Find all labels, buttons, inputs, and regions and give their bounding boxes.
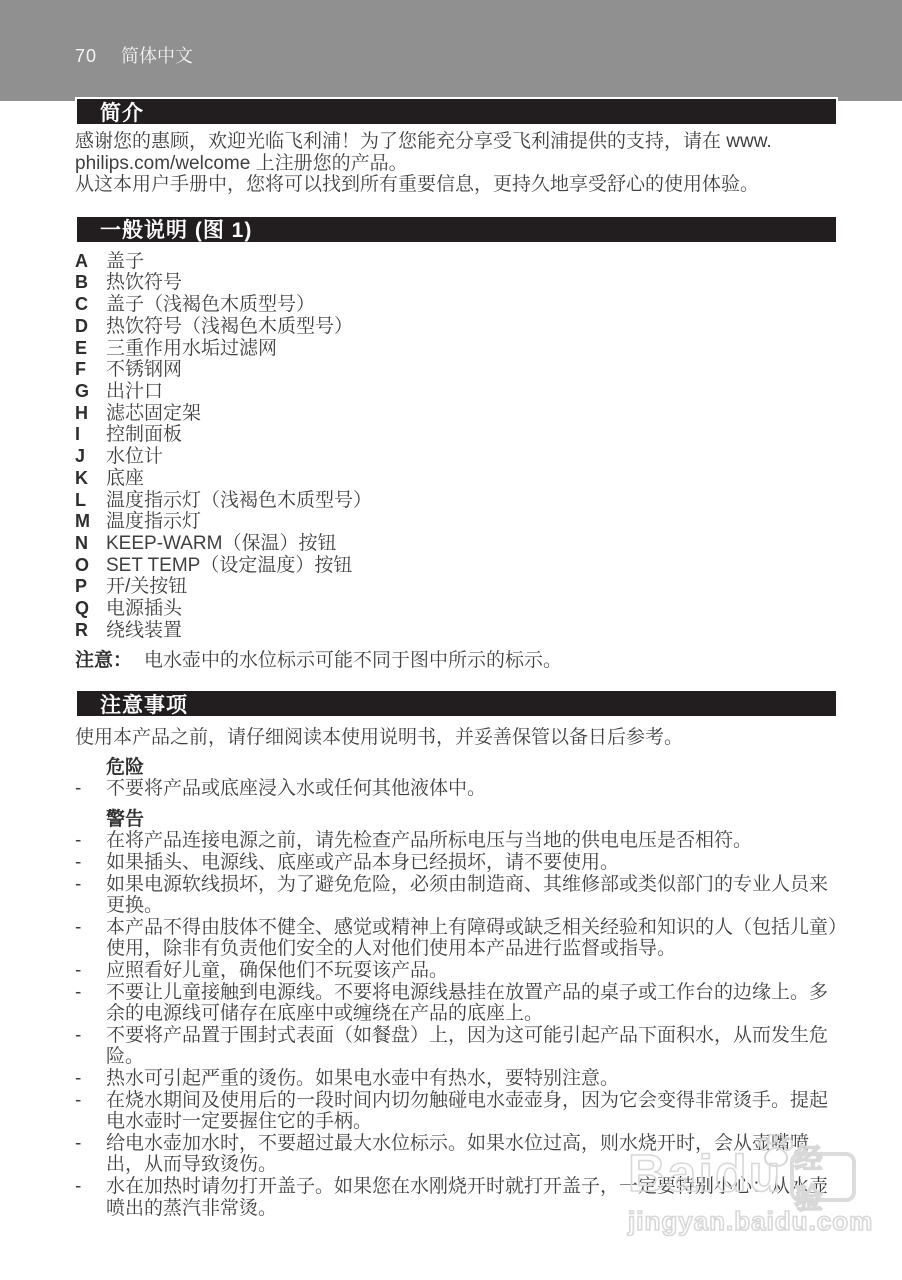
part-letter: A (75, 251, 106, 273)
bullet-dash: - (75, 852, 106, 874)
water-level-note: 注意：电水壶中的水位标示可能不同于图中所示的标示。 (75, 650, 838, 672)
bullet-dash: - (75, 1068, 106, 1090)
part-label: 不锈钢网 (106, 359, 838, 381)
page-top-band: 70简体中文 (0, 0, 902, 101)
part-letter: B (75, 272, 106, 294)
parts-list-item: K底座 (75, 468, 838, 490)
part-label: SET TEMP（设定温度）按钮 (106, 555, 838, 577)
part-label: 热饮符号（浅褐色木质型号） (106, 316, 838, 338)
bullet-dash: - (75, 830, 106, 852)
part-label: 绕线装置 (106, 620, 838, 642)
parts-list-item: L温度指示灯（浅褐色木质型号） (75, 490, 838, 512)
parts-list-item: B热饮符号 (75, 272, 838, 294)
warning-bullet: -水在加热时请勿打开盖子。如果您在水刚烧开时就打开盖子，一定要特别小心：从水壶喷… (75, 1176, 838, 1219)
parts-list-item: R绕线装置 (75, 620, 838, 642)
parts-list-item: C盖子（浅褐色木质型号） (75, 294, 838, 316)
part-letter: I (75, 424, 106, 446)
bullet-dash: - (75, 960, 106, 982)
bullet-dash: - (75, 874, 106, 917)
part-label: 底座 (106, 468, 838, 490)
parts-list-item: J水位计 (75, 446, 838, 468)
part-letter: O (75, 555, 106, 577)
parts-list-item: P开/关按钮 (75, 576, 838, 598)
part-label: 水位计 (106, 446, 838, 468)
bullet-dash: - (75, 1025, 106, 1068)
section-bar-intro: 简介 (75, 97, 838, 126)
parts-list-item: I控制面板 (75, 424, 838, 446)
bullet-dash: - (75, 1176, 106, 1219)
warning-bullet: -不要让儿童接触到电源线。不要将电源线悬挂在放置产品的桌子或工作台的边缘上。多余… (75, 982, 838, 1025)
warning-bullet: -在将产品连接电源之前，请先检查产品所标电压与当地的供电电压是否相符。 (75, 830, 838, 852)
manual-page-content: 简介 感谢您的惠顾，欢迎光临飞利浦！为了您能充分享受飞利浦提供的支持，请在 ww… (0, 97, 902, 1219)
intro-paragraph-1: 感谢您的惠顾，欢迎光临飞利浦！为了您能充分享受飞利浦提供的支持，请在 www. … (75, 131, 838, 174)
part-letter: E (75, 338, 106, 360)
part-letter: D (75, 316, 106, 338)
parts-list-item: M温度指示灯 (75, 511, 838, 533)
part-label: 温度指示灯（浅褐色木质型号） (106, 490, 838, 512)
part-label: 热饮符号 (106, 272, 838, 294)
warning-bullet: -本产品不得由肢体不健全、感觉或精神上有障碍或缺乏相关经验和知识的人（包括儿童）… (75, 917, 838, 960)
bullet-dash: - (75, 917, 106, 960)
warning-bullet: -在烧水期间及使用后的一段时间内切勿触碰电水壶壶身，因为它会变得非常烫手。提起电… (75, 1090, 838, 1133)
bullet-dash: - (75, 1133, 106, 1176)
language-label: 简体中文 (121, 46, 193, 66)
page-header: 70简体中文 (75, 42, 193, 68)
part-letter: M (75, 511, 106, 533)
section-bar-safety: 注意事项 (75, 689, 838, 718)
part-letter: C (75, 294, 106, 316)
part-label: KEEP-WARM（保温）按钮 (106, 533, 838, 555)
part-letter: K (75, 468, 106, 490)
warning-heading: 警告 (106, 809, 838, 831)
section-title-intro: 简介 (100, 97, 144, 127)
part-label: 开/关按钮 (106, 576, 838, 598)
intro-paragraph-2: 从这本用户手册中，您将可以找到所有重要信息，更持久地享受舒心的使用体验。 (75, 174, 838, 196)
part-label: 电源插头 (106, 598, 838, 620)
page-number: 70 (75, 46, 97, 66)
part-letter: G (75, 381, 106, 403)
warning-bullet: -不要将产品置于围封式表面（如餐盘）上，因为这可能引起产品下面积水，从而发生危险… (75, 1025, 838, 1068)
part-label: 滤芯固定架 (106, 403, 838, 425)
part-letter: Q (75, 598, 106, 620)
parts-list-item: D热饮符号（浅褐色木质型号） (75, 316, 838, 338)
note-text: 电水壶中的水位标示可能不同于图中所示的标示。 (144, 650, 562, 671)
parts-list-item: E三重作用水垢过滤网 (75, 338, 838, 360)
part-letter: H (75, 403, 106, 425)
part-label: 三重作用水垢过滤网 (106, 338, 838, 360)
parts-list-item: NKEEP-WARM（保温）按钮 (75, 533, 838, 555)
note-label: 注意： (75, 650, 132, 671)
bullet-dash: - (75, 982, 106, 1025)
parts-list-item: H滤芯固定架 (75, 403, 838, 425)
part-label: 温度指示灯 (106, 511, 838, 533)
section-bar-general-description: 一般说明 (图 1) (75, 215, 838, 244)
safety-intro-paragraph: 使用本产品之前，请仔细阅读本使用说明书，并妥善保管以备日后参考。 (75, 727, 838, 749)
part-label: 盖子（浅褐色木质型号） (106, 294, 838, 316)
warning-bullet: -热水可引起严重的烫伤。如果电水壶中有热水，要特别注意。 (75, 1068, 838, 1090)
warning-bullet: -如果插头、电源线、底座或产品本身已经损坏，请不要使用。 (75, 852, 838, 874)
part-letter: F (75, 359, 106, 381)
section-title-safety: 注意事项 (100, 689, 188, 719)
part-letter: P (75, 576, 106, 598)
part-label: 控制面板 (106, 424, 838, 446)
parts-list: A盖子 B热饮符号 C盖子（浅褐色木质型号） D热饮符号（浅褐色木质型号） E三… (75, 251, 838, 642)
bullet-dash: - (75, 1090, 106, 1133)
part-letter: R (75, 620, 106, 642)
section-title-general-description: 一般说明 (图 1) (100, 214, 252, 244)
part-letter: N (75, 533, 106, 555)
bullet-dash: - (75, 778, 106, 800)
parts-list-item: OSET TEMP（设定温度）按钮 (75, 555, 838, 577)
danger-bullet: -不要将产品或底座浸入水或任何其他液体中。 (75, 778, 838, 800)
parts-list-item: Q电源插头 (75, 598, 838, 620)
warning-bullet: -应照看好儿童，确保他们不玩耍该产品。 (75, 960, 838, 982)
parts-list-item: F不锈钢网 (75, 359, 838, 381)
parts-list-item: A盖子 (75, 251, 838, 273)
part-letter: L (75, 490, 106, 512)
parts-list-item: G出汁口 (75, 381, 838, 403)
danger-heading: 危险 (106, 757, 838, 779)
part-label: 出汁口 (106, 381, 838, 403)
warning-bullet: -如果电源软线损坏，为了避免危险，必须由制造商、其维修部或类似部门的专业人员来更… (75, 874, 838, 917)
warning-bullet: -给电水壶加水时，不要超过最大水位标示。如果水位过高，则水烧开时，会从壶嘴喷出，… (75, 1133, 838, 1176)
part-letter: J (75, 446, 106, 468)
part-label: 盖子 (106, 251, 838, 273)
